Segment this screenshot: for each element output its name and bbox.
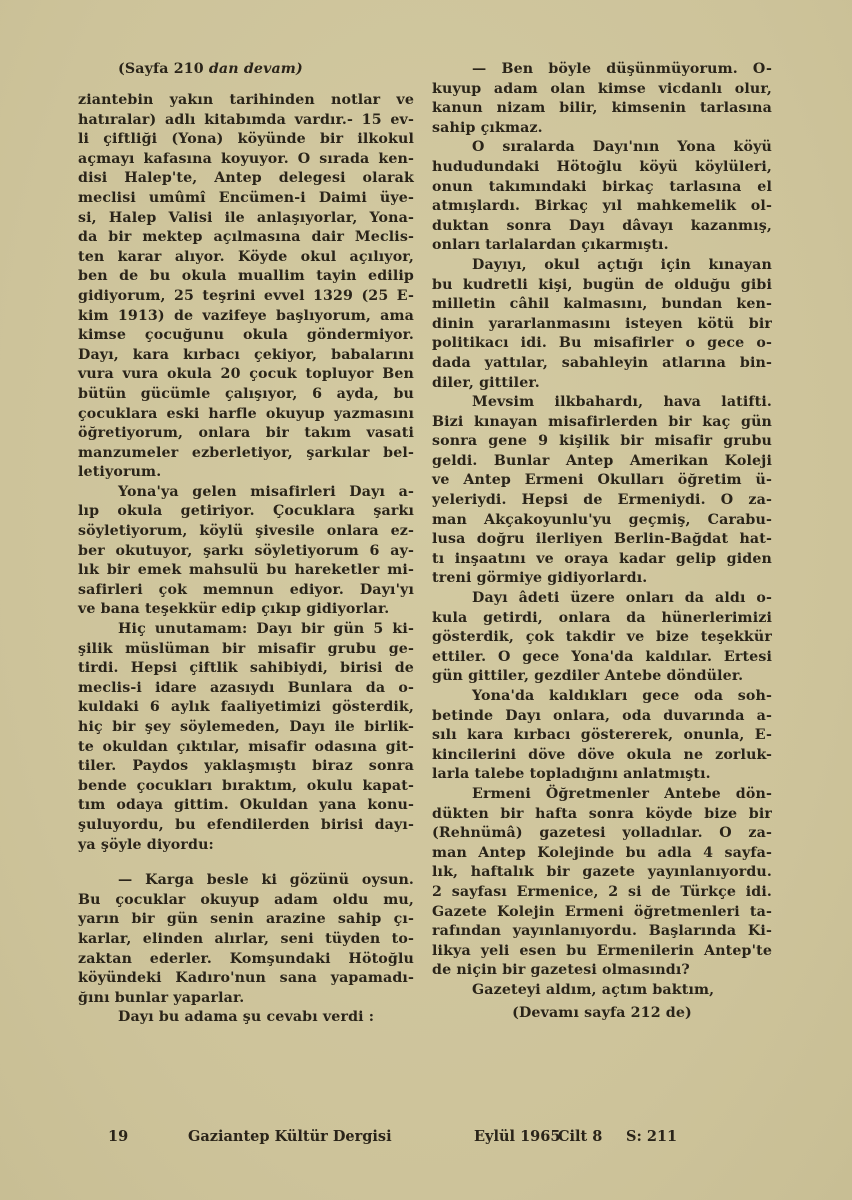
text-line: yarın bir gün senin arazine sahip çı-	[78, 910, 414, 930]
paragraph: Dayıyı, okul açtığı için kınayanbu kudre…	[432, 256, 772, 393]
text-line: lıp okula getiriyor. Çocuklara şarkı	[78, 502, 414, 522]
text-line: Dayı, kara kırbacı çekiyor, babalarını	[78, 346, 414, 366]
magazine-page: (Sayfa 210 dan devam) ziantebin yakın ta…	[0, 0, 852, 1200]
text-line: kanun nizam bilir, kimsenin tarlasına	[432, 99, 772, 119]
text-line: açmayı kafasına koyuyor. O sırada ken-	[78, 150, 414, 170]
text-line: söyletiyorum, köylü şivesile onlara ez-	[78, 522, 414, 542]
text-line: sılı kara kırbacı göstererek, onunla, E-	[432, 726, 772, 746]
continuation-open: (Sayfa	[118, 61, 174, 77]
text-line: ettiler. O gece Yona'da kaldılar. Ertesi	[432, 648, 772, 668]
text-line: geldi. Bunlar Antep Amerikan Koleji	[432, 452, 772, 472]
text-line: ğını bunlar yaparlar.	[78, 989, 414, 1009]
text-line: lusa doğru ilerliyen Berlin-Bağdat hat-	[432, 530, 772, 550]
text-line: te okuldan çıktılar, misafir odasına git…	[78, 738, 414, 758]
text-line: yeleriydi. Hepsi de Ermeniydi. O za-	[432, 491, 772, 511]
text-line: Yona'da kaldıkları gece oda soh-	[432, 687, 772, 707]
text-line: Bu çocuklar okuyup adam oldu mu,	[78, 891, 414, 911]
text-line: ziantebin yakın tarihinden notlar ve	[78, 91, 414, 111]
paragraph: Dayı âdeti üzere onları da aldı o-kula g…	[432, 589, 772, 687]
text-line: kincilerini döve döve okula ne zorluk-	[432, 746, 772, 766]
text-line: ten karar alıyor. Köyde okul açılıyor,	[78, 248, 414, 268]
text-line: sonra gene 9 kişilik bir misafir grubu	[432, 432, 772, 452]
text-line: larla talebe topladığını anlatmıştı.	[432, 765, 772, 785]
text-line: sahip çıkmaz.	[432, 119, 772, 139]
text-line: Gazete Kolejin Ermeni öğretmenleri ta-	[432, 903, 772, 923]
text-line: li çiftliği (Yona) köyünde bir ilkokul	[78, 130, 414, 150]
continuation-page: 210	[174, 61, 204, 77]
text-line: Mevsim ilkbahardı, hava latifti.	[432, 393, 772, 413]
text-line: treni görmiye gidiyorlardı.	[432, 569, 772, 589]
continuation-suffix: dan devam)	[204, 61, 303, 77]
text-line: tiler. Paydos yaklaşmıştı biraz sonra	[78, 757, 414, 777]
right-column: — Ben böyle düşünmüyorum. O-kuyup adam o…	[432, 60, 772, 1023]
text-line: kim 1913) de vazifeye başlıyorum, ama	[78, 307, 414, 327]
continued-on-note: (Devamı sayfa 212 de)	[432, 1004, 772, 1024]
text-line: onun takımındaki birkaç tarlasına el	[432, 178, 772, 198]
text-line: hiç bir şey söylemeden, Dayı ile birlik-	[78, 718, 414, 738]
footer-issue: S: 211	[626, 1128, 677, 1145]
text-line: tirdi. Hepsi çiftlik sahibiydi, birisi d…	[78, 659, 414, 679]
text-line: çocuklara eski harfle okuyup yazmasını	[78, 405, 414, 425]
paragraph: Yona'da kaldıkları gece oda soh-betinde …	[432, 687, 772, 785]
text-line: ve Antep Ermeni Okulları öğretim ü-	[432, 471, 772, 491]
text-line: kula getirdi, onlara da hünerlerimizi	[432, 609, 772, 629]
text-line: bütün gücümle çalışıyor, 6 ayda, bu	[78, 385, 414, 405]
text-line: Dayı âdeti üzere onları da aldı o-	[432, 589, 772, 609]
text-line: O sıralarda Dayı'nın Yona köyü	[432, 138, 772, 158]
continuation-header: (Sayfa 210 dan devam)	[78, 60, 414, 91]
text-line: — Ben böyle düşünmüyorum. O-	[432, 60, 772, 80]
text-line: Gazeteyi aldım, açtım baktım,	[432, 981, 772, 1001]
text-line: lık, haftalık bir gazete yayınlanıyordu.	[432, 863, 772, 883]
paragraph: Yona'ya gelen misafirleri Dayı a-lıp oku…	[78, 483, 414, 620]
paragraph: O sıralarda Dayı'nın Yona köyühududundak…	[432, 138, 772, 256]
paragraph: Hiç unutamam: Dayı bir gün 5 ki-şilik mü…	[78, 620, 414, 855]
text-line: gidiyorum, 25 teşrini evvel 1329 (25 E-	[78, 287, 414, 307]
footer-date: Eylül 1965	[474, 1128, 560, 1145]
text-line: Dayı bu adama şu cevabı verdi :	[78, 1008, 414, 1028]
text-line: betinde Dayı onlara, oda duvarında a-	[432, 707, 772, 727]
text-line: vura vura okula 20 çocuk topluyor Ben	[78, 365, 414, 385]
text-line: ben de bu okula muallim tayin edilip	[78, 267, 414, 287]
text-line: hatıralar) adlı kitabımda vardır.- 15 ev…	[78, 111, 414, 131]
text-line: man Antep Kolejinde bu adla 4 sayfa-	[432, 844, 772, 864]
text-line: man Akçakoyunlu'yu geçmiş, Carabu-	[432, 511, 772, 531]
text-line: ya şöyle diyordu:	[78, 836, 414, 856]
text-line: şuluyordu, bu efendilerden birisi dayı-	[78, 816, 414, 836]
text-line: duktan sonra Dayı dâvayı kazanmış,	[432, 217, 772, 237]
text-line: ber okutuyor, şarkı söyletiyorum 6 ay-	[78, 542, 414, 562]
text-line: (Rehnümâ) gazetesi yolladılar. O za-	[432, 824, 772, 844]
text-line: meclis-i idare azasıydı Bunlara da o-	[78, 679, 414, 699]
text-line: köyündeki Kadıro'nun sana yapamadı-	[78, 969, 414, 989]
text-line: ve bana teşekkür edip çıkıp gidiyorlar.	[78, 600, 414, 620]
text-line: dada yattılar, sabahleyin atlarına bin-	[432, 354, 772, 374]
text-line: rafından yayınlanıyordu. Başlarında Ki-	[432, 922, 772, 942]
footer-volume: Cilt 8	[558, 1128, 602, 1145]
paragraph: Ermeni Öğretmenler Antebe dön-dükten bir…	[432, 785, 772, 981]
text-line: Ermeni Öğretmenler Antebe dön-	[432, 785, 772, 805]
text-line: likya yeli esen bu Ermenilerin Antep'te	[432, 942, 772, 962]
text-line: dinin yararlanmasını isteyen kötü bir	[432, 315, 772, 335]
left-column-body: ziantebin yakın tarihinden notlar vehatı…	[78, 91, 414, 1028]
footer-magazine-title: Gaziantep Kültür Dergisi	[188, 1128, 392, 1145]
footer-page-number: 19	[108, 1128, 128, 1145]
text-line: kuldaki 6 aylık faaliyetimizi gösterdik,	[78, 698, 414, 718]
text-line: da bir mektep açılmasına dair Meclis-	[78, 228, 414, 248]
text-line: safirleri çok memnun ediyor. Dayı'yı	[78, 581, 414, 601]
text-line: atmışlardı. Birkaç yıl mahkemelik ol-	[432, 197, 772, 217]
text-line: kuyup adam olan kimse vicdanlı olur,	[432, 80, 772, 100]
text-line: tım odaya gittim. Okuldan yana konu-	[78, 796, 414, 816]
text-line: şilik müslüman bir misafir grubu ge-	[78, 640, 414, 660]
text-line: tı inşaatını ve oraya kadar gelip giden	[432, 550, 772, 570]
text-line: de niçin bir gazetesi olmasındı?	[432, 961, 772, 981]
paragraph: ziantebin yakın tarihinden notlar vehatı…	[78, 91, 414, 483]
text-line: Hiç unutamam: Dayı bir gün 5 ki-	[78, 620, 414, 640]
text-line: disi Halep'te, Antep delegesi olarak	[78, 169, 414, 189]
text-line: onları tarlalardan çıkarmıştı.	[432, 236, 772, 256]
text-line: si, Halep Valisi ile anlaşıyorlar, Yona-	[78, 209, 414, 229]
text-line: kimse çocuğunu okula göndermiyor.	[78, 326, 414, 346]
text-line: letiyorum.	[78, 463, 414, 483]
paragraph: — Karga besle ki gözünü oysun.Bu çocukla…	[78, 871, 414, 1008]
text-line: öğretiyorum, onlara bir takım vasati	[78, 424, 414, 444]
paragraph: Mevsim ilkbahardı, hava latifti.Bizi kın…	[432, 393, 772, 589]
text-line: politikacı idi. Bu misafirler o gece o-	[432, 334, 772, 354]
paragraph: Gazeteyi aldım, açtım baktım,	[432, 981, 772, 1001]
text-line: meclisi umûmî Encümen-i Daimi üye-	[78, 189, 414, 209]
text-line: Bizi kınayan misafirlerden bir kaç gün	[432, 413, 772, 433]
text-line: 2 sayfası Ermenice, 2 si de Türkçe idi.	[432, 883, 772, 903]
text-line: manzumeler ezberletiyor, şarkılar bel-	[78, 444, 414, 464]
left-column: (Sayfa 210 dan devam) ziantebin yakın ta…	[78, 60, 414, 1028]
text-line: gösterdik, çok takdir ve bize teşekkür	[432, 628, 772, 648]
text-line: hududundaki Hötoğlu köyü köylüleri,	[432, 158, 772, 178]
text-line: milletin câhil kalmasını, bundan ken-	[432, 295, 772, 315]
text-line: Yona'ya gelen misafirleri Dayı a-	[78, 483, 414, 503]
text-line: zaktan ederler. Komşundaki Hötoğlu	[78, 950, 414, 970]
text-line: diler, gittiler.	[432, 374, 772, 394]
text-line: dükten bir hafta sonra köyde bize bir	[432, 805, 772, 825]
text-line: bende çocukları bıraktım, okulu kapat-	[78, 777, 414, 797]
text-line: karlar, elinden alırlar, seni tüyden to-	[78, 930, 414, 950]
paragraph: — Ben böyle düşünmüyorum. O-kuyup adam o…	[432, 60, 772, 138]
page-footer: 19 Gaziantep Kültür Dergisi Eylül 1965 C…	[0, 1128, 852, 1152]
text-line: — Karga besle ki gözünü oysun.	[78, 871, 414, 891]
text-line: bu kudretli kişi, bugün de olduğu gibi	[432, 276, 772, 296]
text-line: lık bir emek mahsulü bu hareketler mi-	[78, 561, 414, 581]
text-line: gün gittiler, gezdiler Antebe döndüler.	[432, 667, 772, 687]
text-line: Dayıyı, okul açtığı için kınayan	[432, 256, 772, 276]
right-column-body: — Ben böyle düşünmüyorum. O-kuyup adam o…	[432, 60, 772, 1001]
paragraph: Dayı bu adama şu cevabı verdi :	[78, 1008, 414, 1028]
